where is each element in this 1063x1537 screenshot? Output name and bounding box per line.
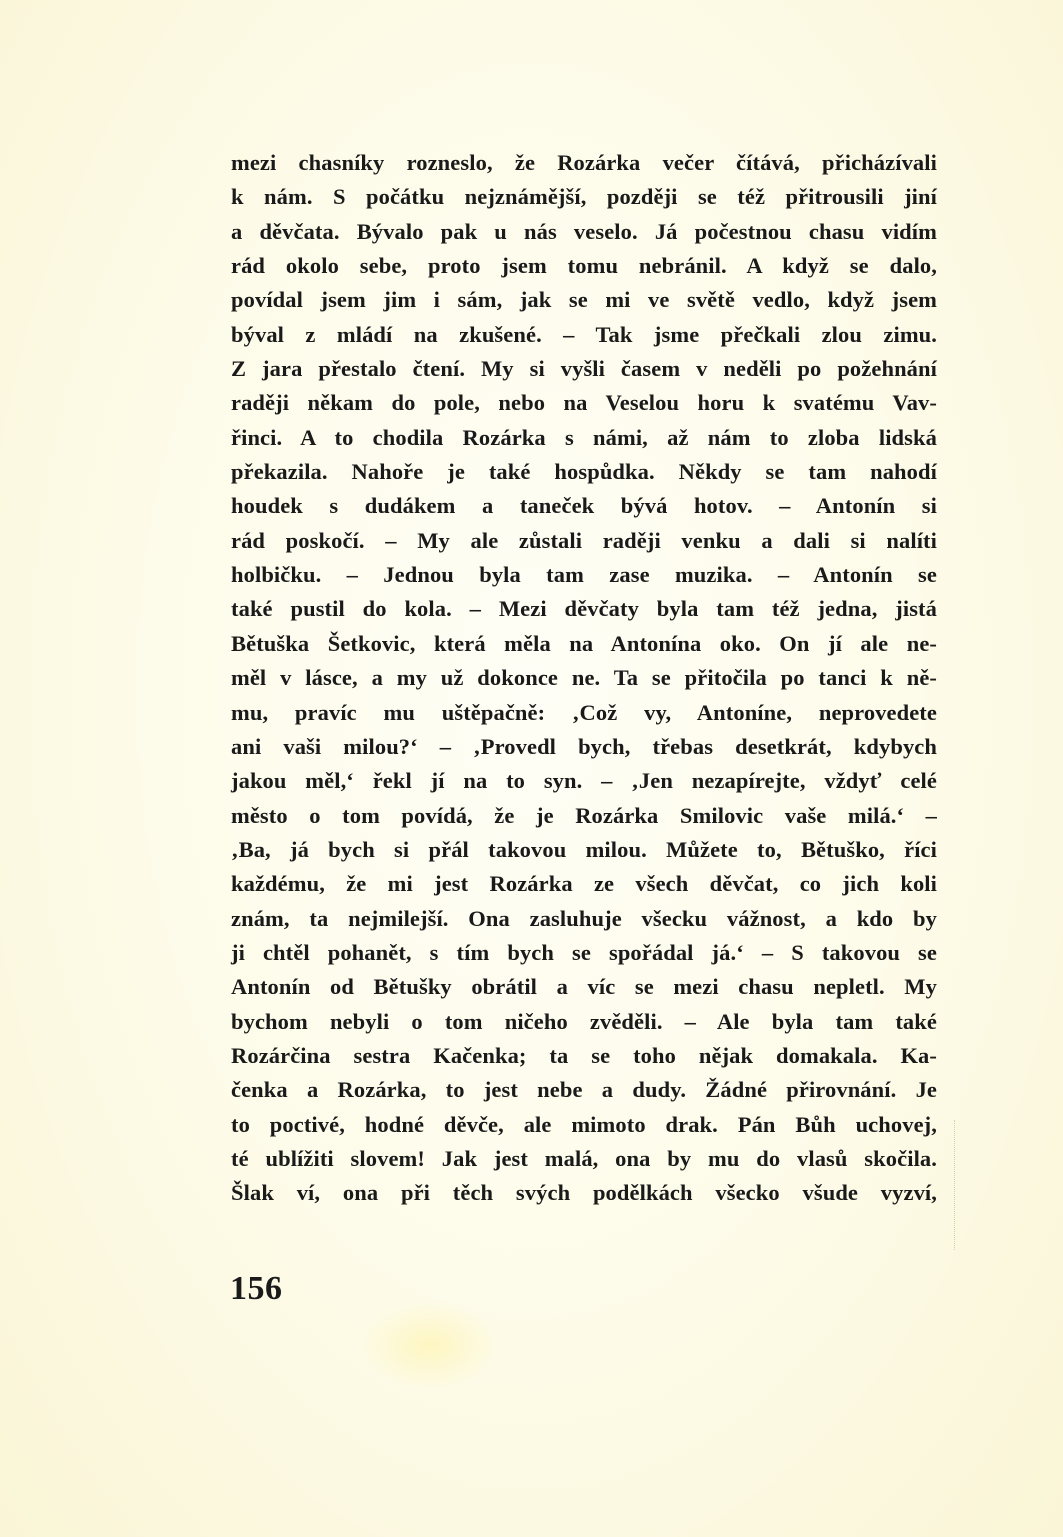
page-number: 156 bbox=[230, 1270, 283, 1308]
text-line: holbičku. – Jednou byla tam zase muzika.… bbox=[231, 558, 937, 592]
text-line: houdek s dudákem a taneček bývá hotov. –… bbox=[231, 489, 937, 523]
text-line: rád poskočí. – My ale zůstali raději ven… bbox=[231, 524, 937, 558]
text-line: také pustil do kola. – Mezi děvčaty byla… bbox=[231, 592, 937, 626]
text-line: překazila. Nahoře je také hospůdka. Někd… bbox=[231, 455, 937, 489]
text-line: znám, ta nejmilejší. Ona zasluhuje všeck… bbox=[231, 902, 937, 936]
text-line: mu, pravíc mu uštěpačně: ‚Což vy, Antoní… bbox=[231, 696, 937, 730]
text-line: a děvčata. Bývalo pak u nás veselo. Já p… bbox=[231, 215, 937, 249]
text-line: to poctivé, hodné děvče, ale mimoto drak… bbox=[231, 1108, 937, 1142]
text-line: té ublížiti slovem! Jak jest malá, ona b… bbox=[231, 1142, 937, 1176]
text-line: měl v lásce, a my už dokonce ne. Ta se p… bbox=[231, 661, 937, 695]
text-line: jakou měl,‘ řekl jí na to syn. – ‚Jen ne… bbox=[231, 764, 937, 798]
text-line: bychom nebyli o tom ničeho zvěděli. – Al… bbox=[231, 1005, 937, 1039]
text-line: Rozárčina sestra Kačenka; ta se toho něj… bbox=[231, 1039, 937, 1073]
text-line: ji chtěl pohanět, s tím bych se spořádal… bbox=[231, 936, 937, 970]
text-line: řinci. A to chodila Rozárka s námi, až n… bbox=[231, 421, 937, 455]
text-line: Z jara přestalo čtení. My si vyšli časem… bbox=[231, 352, 937, 386]
paper-stain bbox=[360, 1300, 500, 1390]
text-line: každému, že mi jest Rozárka ze všech děv… bbox=[231, 867, 937, 901]
text-line: k nám. S počátku nejznámější, později se… bbox=[231, 180, 937, 214]
text-line: Šlak ví, ona při těch svých podělkách vš… bbox=[231, 1176, 937, 1210]
text-line: rád okolo sebe, proto jsem tomu nebránil… bbox=[231, 249, 937, 283]
text-line: ani vaši milou?‘ – ‚Provedl bych, třebas… bbox=[231, 730, 937, 764]
text-line: Antonín od Bětušky obrátil a víc se mezi… bbox=[231, 970, 937, 1004]
text-line: Bětuška Šetkovic, která měla na Antonína… bbox=[231, 627, 937, 661]
book-page: mezi chasníky rozneslo, že Rozárka večer… bbox=[0, 0, 1063, 1537]
margin-marks bbox=[954, 1120, 959, 1250]
body-text: mezi chasníky rozneslo, že Rozárka večer… bbox=[231, 146, 937, 1211]
text-line: čenka a Rozárka, to jest nebe a dudy. Žá… bbox=[231, 1073, 937, 1107]
text-line: býval z mládí na zkušené. – Tak jsme pře… bbox=[231, 318, 937, 352]
text-line: raději někam do pole, nebo na Veselou ho… bbox=[231, 386, 937, 420]
text-line: povídal jsem jim i sám, jak se mi ve svě… bbox=[231, 283, 937, 317]
text-line: ‚Ba, já bych si přál takovou milou. Může… bbox=[231, 833, 937, 867]
text-line: město o tom povídá, že je Rozárka Smilov… bbox=[231, 799, 937, 833]
text-line: mezi chasníky rozneslo, že Rozárka večer… bbox=[231, 146, 937, 180]
